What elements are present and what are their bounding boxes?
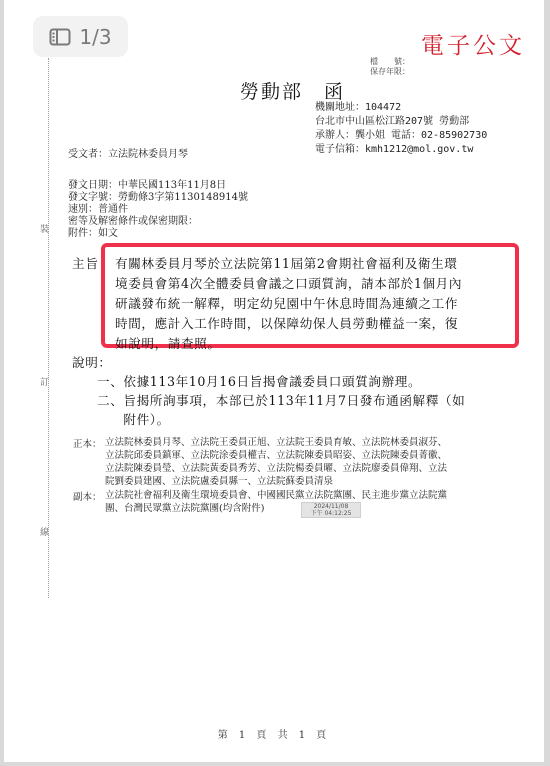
explanation-item: 二、旨揭所詢事項，本部已於113年11月7日發布通函解釋（如 — [97, 391, 465, 410]
subject-line: 境委員會第4次全體委員會議之口頭質詢，請本部於1個月內 — [115, 274, 507, 294]
issue-date: 發文日期：中華民國113年11月8日 — [68, 180, 248, 192]
binding-mark-ding: 訂 — [40, 375, 49, 388]
original-line: 立法院陳委員瑩、立法院黃委員秀芳、立法院楊委員曜、立法院廖委員偉翔、立法 — [105, 462, 447, 475]
explanation-label: 說明： — [72, 353, 112, 372]
subject-line: 有關林委員月琴於立法院第11屆第2會期社會福利及衛生環 — [115, 254, 507, 274]
original-line: 立法院林委員月琴、立法院王委員正旭、立法院王委員育敏、立法院林委員淑芬、 — [105, 436, 447, 449]
page-indicator-button[interactable]: 1/3 — [33, 16, 128, 57]
agency-contact: 承辦人：龔小姐 電話：02-85902730 — [315, 129, 487, 143]
binding-mark-zhuang: 裝 — [40, 222, 49, 235]
original-label: 正本： — [73, 436, 102, 450]
subject-label: 主旨 — [72, 254, 99, 272]
e-document-stamp: 電子公文 — [421, 27, 525, 60]
document-page: 1/3 裝 訂 線 電子公文 檔 號： 保存年限： 勞動部 函 機關地址：104… — [4, 0, 544, 762]
copy-line: 團、台灣民眾黨立法院黨團(均含附件) — [105, 502, 447, 515]
copy-label: 副本： — [73, 489, 102, 503]
subject-line: 研議發布統一解釋，明定幼兒園中午休息時間為連續之工作 — [115, 294, 507, 314]
retention-label: 保存年限： — [370, 66, 410, 77]
explanation-list: 一、依據113年10月16日旨揭會議委員口頭質詢辦理。 二、旨揭所詢事項，本部已… — [97, 372, 465, 429]
recipient: 受文者：立法院林委員月琴 — [68, 149, 188, 161]
explanation-item: 附件）。 — [97, 410, 465, 429]
subject-line: 如說明，請查照。 — [115, 334, 507, 354]
security-level: 密等及解密條件或保密期限： — [68, 216, 248, 228]
copy-line: 立法院社會福利及衛生環境委員會、中國國民黨立法院黨團、民主進步黨立法院黨 — [105, 489, 447, 502]
copy-recipients: 立法院社會福利及衛生環境委員會、中國國民黨立法院黨團、民主進步黨立法院黨 團、台… — [105, 489, 447, 515]
subject-line: 時間，應計入工作時間，以保障幼保人員勞動權益一案，復 — [115, 314, 507, 334]
original-line: 立法院邱委員鎮軍、立法院涂委員權吉、立法院陳委員昭姿、立法院陳委員菁徽、 — [105, 449, 447, 462]
binding-line — [48, 58, 49, 598]
datestamp-date: 2024/11/08 — [302, 503, 360, 510]
explanation-item: 一、依據113年10月16日旨揭會議委員口頭質詢辦理。 — [97, 372, 465, 391]
speed-class: 速別：普通件 — [68, 204, 248, 216]
agency-info: 機關地址：104472 台北市中山區松江路207號 勞動部 承辦人：龔小姐 電話… — [315, 101, 487, 157]
page-footer: 第 1 頁 共 1 頁 — [4, 726, 544, 741]
document-title: 勞動部 函 — [240, 77, 345, 104]
receipt-datestamp: 2024/11/08 下午 04:12:25 — [301, 502, 361, 518]
page-indicator-text: 1/3 — [79, 25, 111, 49]
agency-address: 台北市中山區松江路207號 勞動部 — [315, 115, 487, 129]
original-recipients: 立法院林委員月琴、立法院王委員正旭、立法院王委員育敏、立法院林委員淑芬、 立法院… — [105, 436, 447, 488]
document-fields: 發文日期：中華民國113年11月8日 發文字號：勞動條3字第1130148914… — [68, 180, 248, 240]
binding-mark-xian: 線 — [40, 525, 49, 538]
sidebar-icon — [49, 28, 71, 46]
agency-address-label: 機關地址：104472 — [315, 101, 487, 115]
attachment: 附件：如文 — [68, 228, 248, 240]
agency-email: 電子信箱：kmh1212@mol.gov.tw — [315, 143, 487, 157]
original-line: 院劉委員建國、立法院盧委員縣一、立法院蘇委員清泉 — [105, 475, 447, 488]
document-number: 發文字號：勞動條3字第1130148914號 — [68, 192, 248, 204]
subject-highlight-box: 有關林委員月琴於立法院第11屆第2會期社會福利及衛生環 境委員會第4次全體委員會… — [101, 243, 519, 348]
datestamp-time: 下午 04:12:25 — [302, 510, 360, 517]
